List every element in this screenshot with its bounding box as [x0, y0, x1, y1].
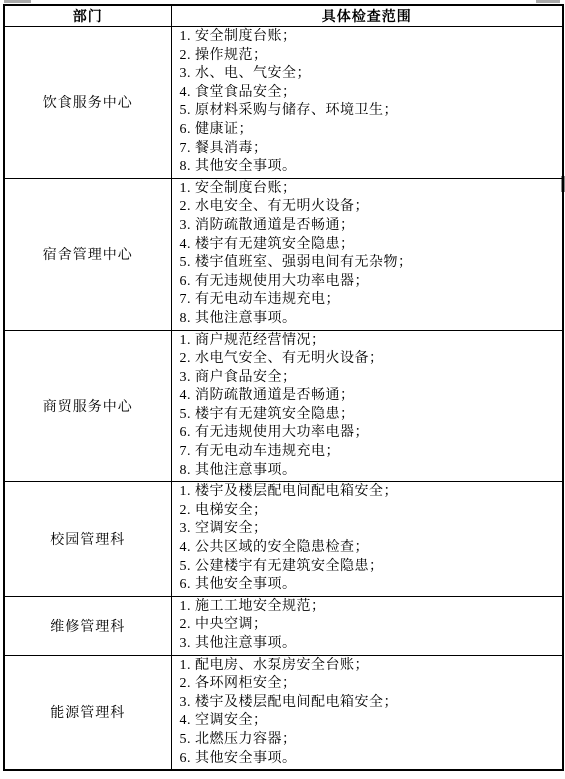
scope-items-cell: 1. 安全制度台账；2. 水电安全、有无明火设备；3. 消防疏散通道是否畅通；4…	[171, 178, 563, 330]
table-row: 能源管理科 1. 配电房、水泵房安全台账；2. 各环网柜安全；3. 楼宇及楼层配…	[4, 655, 563, 770]
check-item: 3. 楼宇及楼层配电间配电箱安全；	[180, 694, 559, 713]
check-item: 5. 楼宇有无建筑安全隐患；	[180, 406, 559, 425]
check-item: 7. 有无电动车违规充电；	[180, 443, 559, 462]
department-cell: 宿舍管理中心	[4, 178, 171, 330]
check-item: 3. 空调安全；	[180, 520, 559, 539]
check-item: 2. 水电安全、有无明火设备；	[180, 198, 559, 217]
check-item: 2. 操作规范；	[180, 47, 559, 66]
scope-column-header: 具体检查范围	[171, 5, 563, 27]
check-item: 3. 消防疏散通道是否畅通；	[180, 217, 559, 236]
check-item: 5. 楼宇值班室、强弱电间有无杂物；	[180, 254, 559, 273]
check-item: 1. 楼宇及楼层配电间配电箱安全；	[180, 483, 559, 502]
check-item: 8. 其他注意事项。	[180, 462, 559, 481]
department-cell: 饮食服务中心	[4, 27, 171, 179]
check-item: 1. 配电房、水泵房安全台账；	[180, 657, 559, 676]
department-column-header: 部门	[4, 5, 171, 27]
check-item: 7. 餐具消毒；	[180, 140, 559, 159]
check-item: 4. 空调安全；	[180, 712, 559, 731]
check-item: 8. 其他注意事项。	[180, 310, 559, 329]
scope-items-cell: 1. 商户规范经营情况；2. 水电气安全、有无明火设备；3. 商户食品安全；4.…	[171, 330, 563, 482]
scope-items-cell: 1. 楼宇及楼层配电间配电箱安全；2. 电梯安全；3. 空调安全；4. 公共区域…	[171, 482, 563, 597]
table-row: 维修管理科 1. 施工工地安全规范；2. 中央空调；3. 其他注意事项。	[4, 596, 563, 655]
check-item: 2. 水电气安全、有无明火设备；	[180, 350, 559, 369]
table-row: 宿舍管理中心 1. 安全制度台账；2. 水电安全、有无明火设备；3. 消防疏散通…	[4, 178, 563, 330]
check-item: 3. 其他注意事项。	[180, 635, 559, 654]
check-item: 2. 电梯安全；	[180, 502, 559, 521]
check-item: 6. 有无违规使用大功率电器；	[180, 424, 559, 443]
check-item: 6. 其他安全事项。	[180, 576, 559, 595]
check-item: 1. 安全制度台账；	[180, 180, 559, 199]
check-item: 4. 楼宇有无建筑安全隐患；	[180, 236, 559, 255]
check-item: 1. 安全制度台账；	[180, 28, 559, 47]
check-item: 7. 有无电动车违规充电；	[180, 291, 559, 310]
department-cell: 商贸服务中心	[4, 330, 171, 482]
check-item: 5. 原材料采购与储存、环境卫生；	[180, 102, 559, 121]
inspection-scope-table: 部门 具体检查范围 饮食服务中心 1. 安全制度台账；2. 操作规范；3. 水、…	[3, 4, 564, 771]
editor-handle-artifact-left	[4, 0, 31, 3]
check-item: 2. 中央空调；	[180, 616, 559, 635]
table-row: 饮食服务中心 1. 安全制度台账；2. 操作规范；3. 水、电、气安全；4. 食…	[4, 27, 563, 179]
check-item: 1. 施工工地安全规范；	[180, 598, 559, 617]
check-item: 1. 商户规范经营情况；	[180, 332, 559, 351]
check-item: 5. 公建楼宇有无建筑安全隐患；	[180, 558, 559, 577]
table-row: 校园管理科 1. 楼宇及楼层配电间配电箱安全；2. 电梯安全；3. 空调安全；4…	[4, 482, 563, 597]
check-item: 4. 公共区域的安全隐患检查；	[180, 539, 559, 558]
check-item: 5. 北燃压力容器；	[180, 731, 559, 750]
check-item: 8. 其他安全事项。	[180, 158, 559, 177]
department-cell: 维修管理科	[4, 596, 171, 655]
table-row: 商贸服务中心 1. 商户规范经营情况；2. 水电气安全、有无明火设备；3. 商户…	[4, 330, 563, 482]
check-item: 3. 商户食品安全；	[180, 369, 559, 388]
check-item: 2. 各环网柜安全；	[180, 675, 559, 694]
scope-items-cell: 1. 安全制度台账；2. 操作规范；3. 水、电、气安全；4. 食堂食品安全；5…	[171, 27, 563, 179]
check-item: 4. 食堂食品安全；	[180, 84, 559, 103]
check-item: 6. 其他安全事项。	[180, 750, 559, 769]
department-cell: 校园管理科	[4, 482, 171, 597]
department-cell: 能源管理科	[4, 655, 171, 770]
editor-handle-artifact-right	[536, 0, 560, 3]
scope-items-cell: 1. 配电房、水泵房安全台账；2. 各环网柜安全；3. 楼宇及楼层配电间配电箱安…	[171, 655, 563, 770]
scope-items-cell: 1. 施工工地安全规范；2. 中央空调；3. 其他注意事项。	[171, 596, 563, 655]
header-row: 部门 具体检查范围	[4, 5, 563, 27]
check-item: 6. 有无违规使用大功率电器；	[180, 273, 559, 292]
check-item: 6. 健康证；	[180, 121, 559, 140]
check-item: 4. 消防疏散通道是否畅通；	[180, 387, 559, 406]
check-item: 3. 水、电、气安全；	[180, 65, 559, 84]
